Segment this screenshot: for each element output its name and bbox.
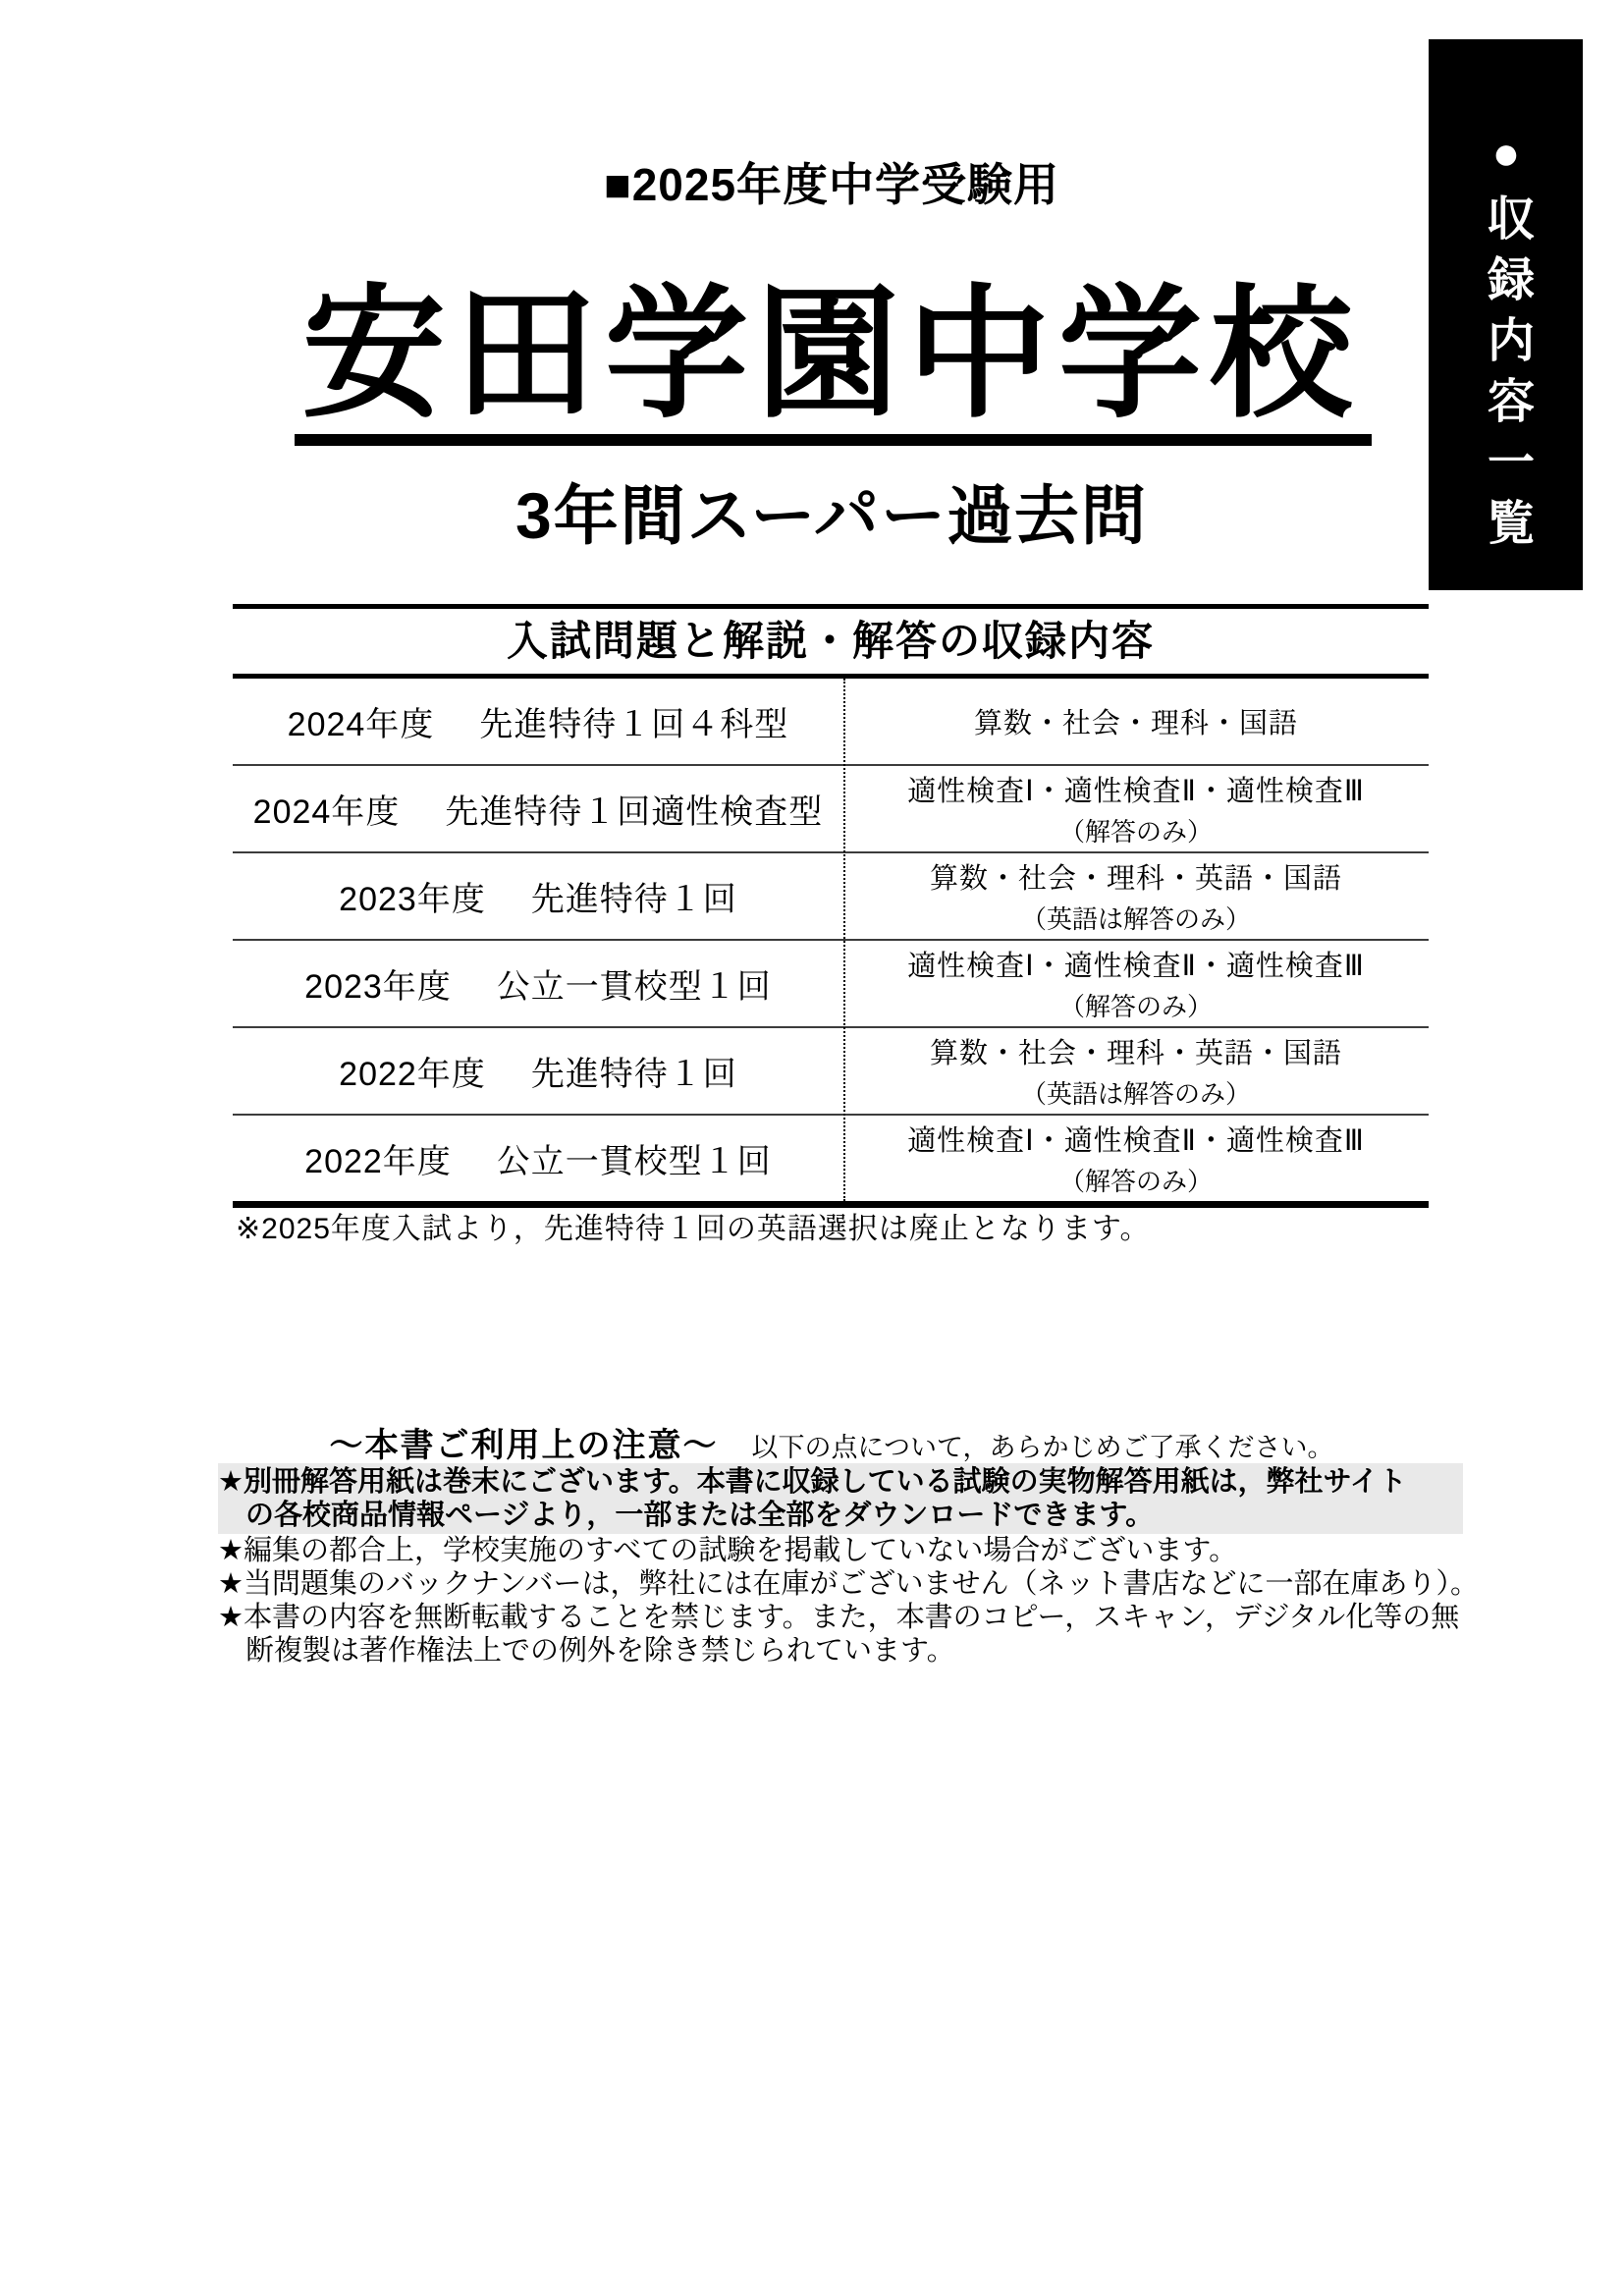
notice-subheading: 以下の点について，あらかじめご了承ください。 xyxy=(752,1433,1334,1462)
exam-type: 先進特待１回 xyxy=(531,872,737,920)
notice-line: ★編集の都合上，学校実施のすべての試験を掲載していない場合がございます。 xyxy=(218,1534,1463,1567)
notice-item: ★本書の内容を無断転載することを禁じます。また，本書のコピー，スキャン，デジタル… xyxy=(218,1601,1463,1667)
exam-year: 2024年度 xyxy=(288,697,435,745)
exam-name-cell: 2024年度先進特待１回４科型 xyxy=(233,679,843,764)
notice-item: ★当問題集のバックナンバーは，弊社には在庫がございません（ネット書店などに一部在… xyxy=(218,1567,1463,1601)
exam-subjects-cell: 算数・社会・理科・国語 xyxy=(843,679,1429,764)
side-banner-label: ●収録内容一覧 xyxy=(1483,128,1530,590)
exam-year: 2023年度 xyxy=(339,872,486,920)
notice-list: ★別冊解答用紙は巻末にございます。本書に収録している試験の実物解答用紙は，弊社サ… xyxy=(218,1463,1463,1667)
exam-type: 先進特待１回適性検査型 xyxy=(445,785,823,833)
table-footnote: ※2025年度入試より，先進特待１回の英語選択は廃止となります。 xyxy=(236,1204,1150,1247)
subjects-note: （解答のみ） xyxy=(1059,812,1213,848)
subjects-text: 算数・社会・理科・英語・国語 xyxy=(930,1031,1342,1071)
notice-heading: ～本書ご利用上の注意～ xyxy=(330,1427,719,1464)
side-banner: ●収録内容一覧 xyxy=(1429,39,1583,590)
table-header: 入試問題と解説・解答の収録内容 xyxy=(233,609,1429,679)
edition-label: ■2025年度中学受験用 xyxy=(39,149,1624,214)
notice-item: ★別冊解答用紙は巻末にございます。本書に収録している試験の実物解答用紙は，弊社サ… xyxy=(218,1463,1463,1534)
notice-line: 断複製は著作権法上での例外を除き禁じられています。 xyxy=(218,1634,1463,1667)
exam-subjects-cell: 算数・社会・理科・英語・国語（英語は解答のみ） xyxy=(843,1028,1429,1114)
school-title: 安田学園中学校 xyxy=(39,283,1624,426)
table-row: 2024年度先進特待１回４科型算数・社会・理科・国語 xyxy=(233,679,1429,764)
subjects-text: 適性検査Ⅰ・適性検査Ⅱ・適性検査Ⅲ xyxy=(907,944,1365,984)
title-underline xyxy=(295,434,1372,446)
book-cover-page: ■2025年度中学受験用 安田学園中学校 3年間スーパー過去問 ●収録内容一覧 … xyxy=(0,0,1624,2296)
notice-heading-row: ～本書ご利用上の注意～以下の点について，あらかじめご了承ください。 xyxy=(39,1418,1624,1466)
notice-item: ★編集の都合上，学校実施のすべての試験を掲載していない場合がございます。 xyxy=(218,1534,1463,1567)
exam-type: 公立一貫校型１回 xyxy=(497,959,772,1008)
notice-line: の各校商品情報ページより，一部または全部をダウンロードできます。 xyxy=(218,1499,1463,1532)
subjects-note: （英語は解答のみ） xyxy=(1021,900,1251,936)
exam-subjects-cell: 適性検査Ⅰ・適性検査Ⅱ・適性検査Ⅲ（解答のみ） xyxy=(843,1116,1429,1201)
exam-name-cell: 2023年度先進特待１回 xyxy=(233,853,843,939)
subjects-text: 算数・社会・理科・英語・国語 xyxy=(930,856,1342,897)
exam-type: 公立一貫校型１回 xyxy=(497,1134,772,1182)
notice-line: ★本書の内容を無断転載することを禁じます。また，本書のコピー，スキャン，デジタル… xyxy=(218,1601,1463,1634)
exam-subjects-cell: 算数・社会・理科・英語・国語（英語は解答のみ） xyxy=(843,853,1429,939)
subjects-note: （解答のみ） xyxy=(1059,1162,1213,1198)
exam-subjects-cell: 適性検査Ⅰ・適性検査Ⅱ・適性検査Ⅲ（解答のみ） xyxy=(843,766,1429,851)
table-row: 2022年度先進特待１回算数・社会・理科・英語・国語（英語は解答のみ） xyxy=(233,1026,1429,1114)
table-body: 2024年度先進特待１回４科型算数・社会・理科・国語2024年度先進特待１回適性… xyxy=(233,679,1429,1201)
series-subtitle: 3年間スーパー過去問 xyxy=(39,464,1624,557)
subjects-text: 適性検査Ⅰ・適性検査Ⅱ・適性検査Ⅲ xyxy=(907,769,1365,809)
exam-name-cell: 2024年度先進特待１回適性検査型 xyxy=(233,766,843,851)
exam-subjects-cell: 適性検査Ⅰ・適性検査Ⅱ・適性検査Ⅲ（解答のみ） xyxy=(843,941,1429,1026)
subjects-text: 適性検査Ⅰ・適性検査Ⅱ・適性検査Ⅲ xyxy=(907,1119,1365,1159)
exam-type: 先進特待１回４科型 xyxy=(479,697,788,745)
notice-line: ★別冊解答用紙は巻末にございます。本書に収録している試験の実物解答用紙は，弊社サ… xyxy=(218,1465,1463,1499)
exam-year: 2024年度 xyxy=(253,785,401,833)
subjects-text: 算数・社会・理科・国語 xyxy=(974,701,1298,741)
table-row: 2022年度公立一貫校型１回適性検査Ⅰ・適性検査Ⅱ・適性検査Ⅲ（解答のみ） xyxy=(233,1114,1429,1201)
exam-name-cell: 2022年度先進特待１回 xyxy=(233,1028,843,1114)
subjects-note: （解答のみ） xyxy=(1059,987,1213,1023)
table-row: 2024年度先進特待１回適性検査型適性検査Ⅰ・適性検査Ⅱ・適性検査Ⅲ（解答のみ） xyxy=(233,764,1429,851)
contents-table: 入試問題と解説・解答の収録内容 2024年度先進特待１回４科型算数・社会・理科・… xyxy=(233,604,1429,1208)
subjects-note: （英語は解答のみ） xyxy=(1021,1074,1251,1111)
exam-name-cell: 2023年度公立一貫校型１回 xyxy=(233,941,843,1026)
notice-line: ★当問題集のバックナンバーは，弊社には在庫がございません（ネット書店などに一部在… xyxy=(218,1567,1463,1601)
exam-year: 2022年度 xyxy=(304,1134,452,1182)
exam-year: 2022年度 xyxy=(339,1047,486,1095)
table-row: 2023年度公立一貫校型１回適性検査Ⅰ・適性検査Ⅱ・適性検査Ⅲ（解答のみ） xyxy=(233,939,1429,1026)
exam-year: 2023年度 xyxy=(304,959,452,1008)
exam-type: 先進特待１回 xyxy=(531,1047,737,1095)
exam-name-cell: 2022年度公立一貫校型１回 xyxy=(233,1116,843,1201)
table-row: 2023年度先進特待１回算数・社会・理科・英語・国語（英語は解答のみ） xyxy=(233,851,1429,939)
